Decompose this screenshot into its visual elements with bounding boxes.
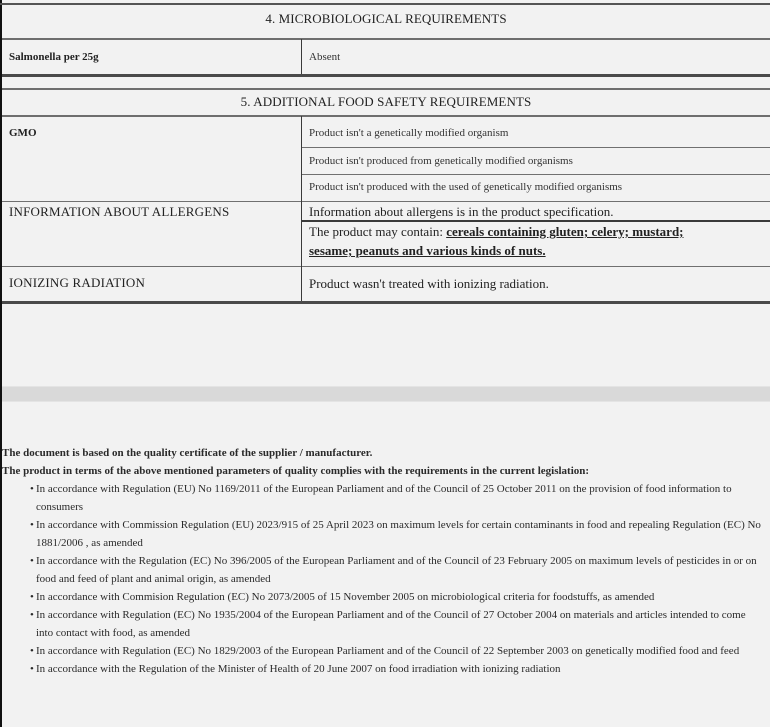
bullet-icon: • — [30, 660, 34, 678]
divider — [2, 74, 770, 77]
bullet-icon: • — [30, 606, 34, 624]
document-viewport: 4. MICROBIOLOGICAL REQUIREMENTS Salmonel… — [0, 0, 770, 727]
regulation-item: •In accordance with Regulation (EU) No 1… — [30, 480, 762, 516]
divider — [302, 174, 770, 175]
regulation-list: •In accordance with Regulation (EU) No 1… — [2, 480, 762, 678]
table-top-border — [0, 3, 770, 5]
may-contain-prefix: The product may contain: — [309, 224, 446, 239]
bullet-icon: • — [30, 480, 34, 498]
allergens-spec-note: Information about allergens is in the pr… — [309, 204, 613, 220]
bullet-icon: • — [30, 516, 34, 534]
section-4-title: 4. MICROBIOLOGICAL REQUIREMENTS — [2, 11, 770, 27]
column-divider — [301, 39, 302, 75]
divider — [2, 88, 770, 90]
regulation-item: •In accordance with Regulation (EC) No 1… — [30, 606, 762, 642]
divider — [302, 147, 770, 148]
section-5-title: 5. ADDITIONAL FOOD SAFETY REQUIREMENTS — [2, 94, 770, 110]
divider — [2, 115, 770, 117]
column-divider — [301, 116, 302, 303]
regulation-item: •In accordance with Commission Regulatio… — [30, 516, 762, 552]
regulation-item: •In accordance with the Regulation (EC) … — [30, 552, 762, 588]
notes-source-line: The document is based on the quality cer… — [2, 444, 762, 462]
salmonella-parameter: Salmonella per 25g — [9, 51, 99, 63]
table-bottom-border — [2, 301, 770, 304]
allergens-may-contain: The product may contain: cereals contain… — [309, 222, 729, 260]
divider — [2, 201, 770, 202]
divider — [2, 38, 770, 40]
radiation-label: IONIZING RADIATION — [9, 275, 145, 291]
page-break — [2, 386, 770, 402]
gmo-label: GMO — [9, 127, 37, 139]
allergens-label: INFORMATION ABOUT ALLERGENS — [9, 204, 229, 220]
regulation-item: •In accordance with the Regulation of th… — [30, 660, 762, 678]
gmo-value-3: Product isn't produced with the used of … — [309, 181, 622, 193]
regulation-item: •In accordance with Commision Regulation… — [30, 588, 762, 606]
gmo-value-1: Product isn't a genetically modified org… — [309, 127, 508, 139]
salmonella-value: Absent — [309, 51, 340, 63]
gmo-value-2: Product isn't produced from genetically … — [309, 155, 573, 167]
notes-compliance-line: The product in terms of the above mentio… — [2, 462, 762, 480]
bullet-icon: • — [30, 588, 34, 606]
compliance-notes: The document is based on the quality cer… — [2, 444, 762, 678]
bullet-icon: • — [30, 642, 34, 660]
bullet-icon: • — [30, 552, 34, 570]
regulation-item: •In accordance with Regulation (EC) No 1… — [30, 642, 762, 660]
divider — [2, 266, 770, 267]
radiation-value: Product wasn't treated with ionizing rad… — [309, 276, 549, 292]
